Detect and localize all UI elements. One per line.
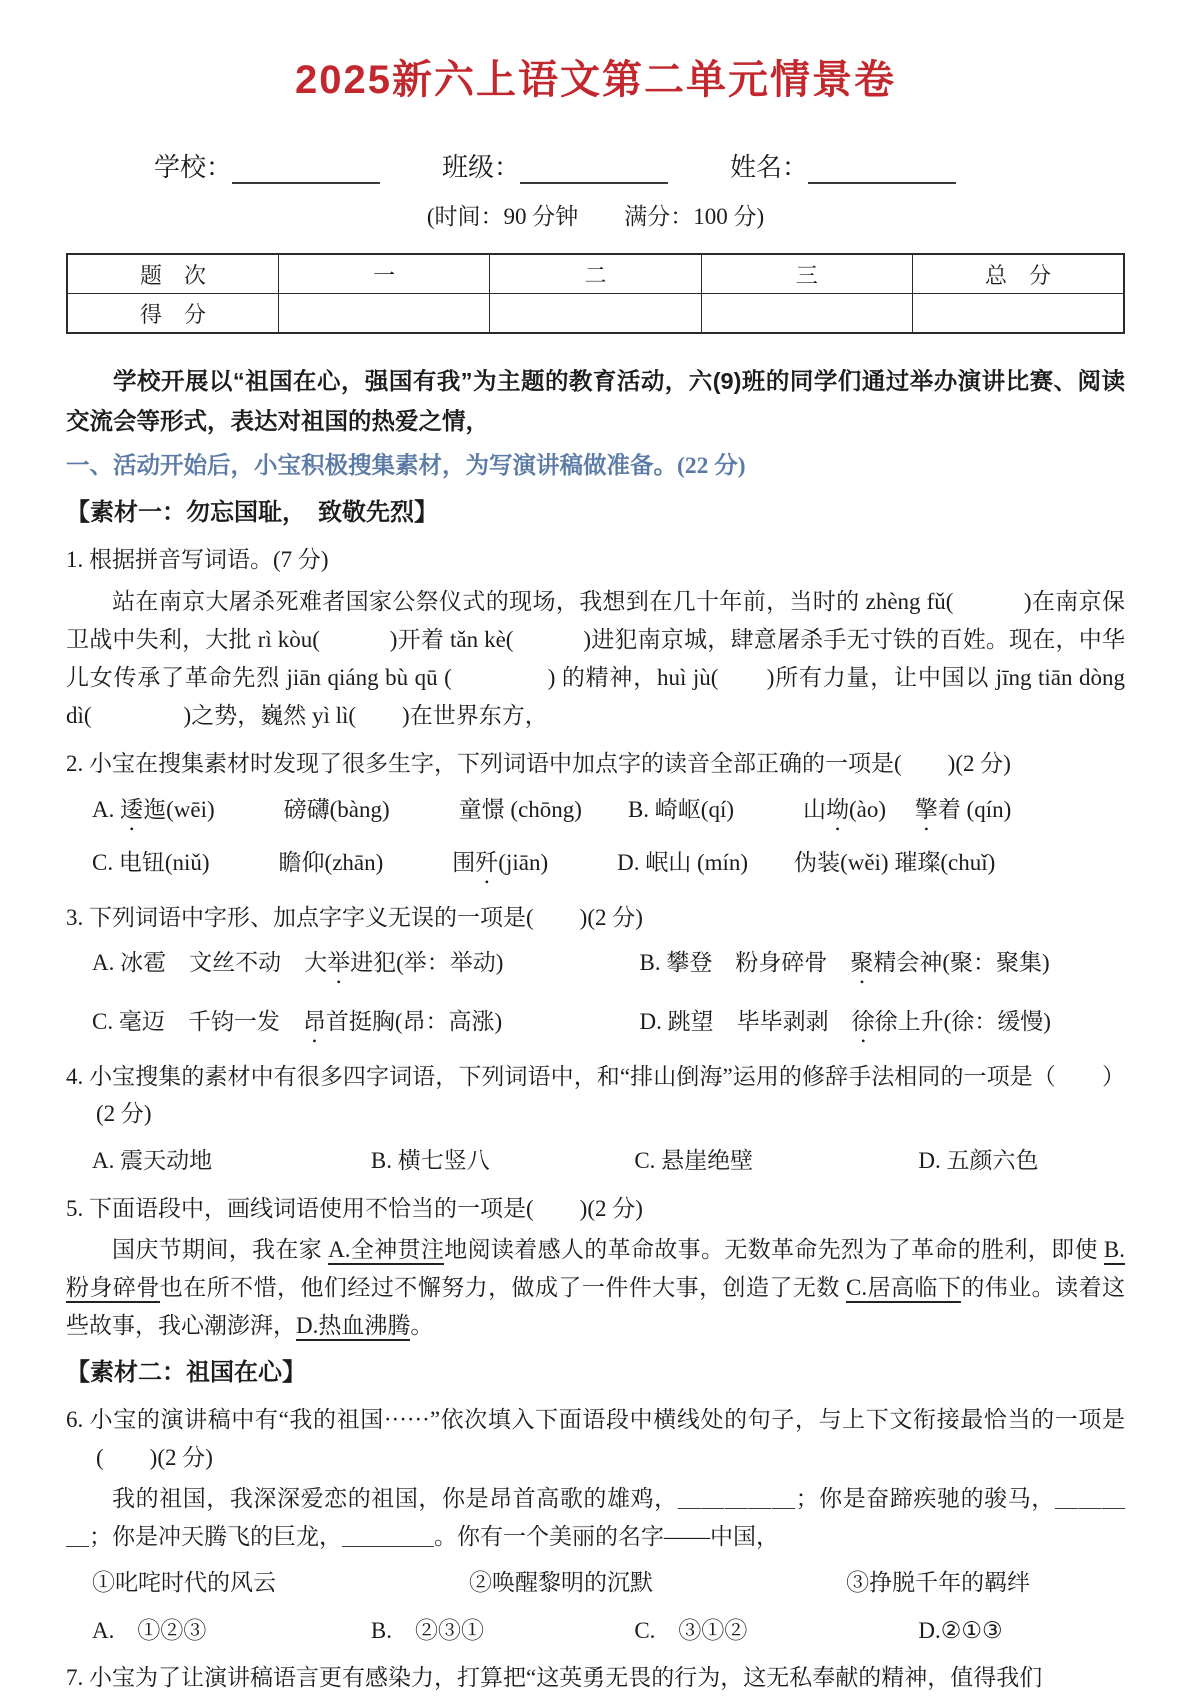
score-cell — [913, 294, 1124, 334]
material-two-heading: 【素材二：祖国在心】 — [66, 1355, 1125, 1391]
score-table: 题 次 一 二 三 总 分 得 分 — [66, 253, 1125, 334]
question-6-options: A. ①②③ B. ②③① C. ③①② D.②①③ — [66, 1612, 1125, 1649]
school-blank — [232, 152, 380, 184]
class-field: 班级： — [442, 147, 668, 184]
section-one-heading: 一、活动开始后，小宝积极搜集素材，为写演讲稿做准备。(22 分) — [66, 448, 1125, 486]
time-score-line: (时间：90 分钟 满分：100 分) — [66, 198, 1125, 231]
question-2: 2. 小宝在搜集素材时发现了很多生字，下列词语中加点字的读音全部正确的一项是( … — [66, 745, 1125, 888]
item-2: ②唤醒黎明的沉默 — [469, 1564, 846, 1601]
option-b: B. 攀登 粉身碎骨 聚精会神(聚：聚集) — [639, 944, 1125, 989]
question-2-options-line-1: A. 逶迤(wēi) 磅礴(bàng) 童憬 (chōng) B. 崎岖(qí)… — [66, 791, 1125, 836]
question-5-passage: 国庆节期间，我在家 A.全神贯注地阅读着感人的革命故事。无数革命先烈为了革命的胜… — [66, 1231, 1125, 1346]
score-header-cell: 题 次 — [67, 254, 278, 294]
score-table-header-row: 题 次 一 二 三 总 分 — [67, 254, 1124, 294]
option-d: D. 五颜六色 — [918, 1142, 1125, 1179]
school-field: 学校： — [154, 147, 380, 184]
item-1: ①叱咤时代的风云 — [92, 1564, 469, 1601]
name-field: 姓名： — [730, 147, 956, 184]
student-info-row: 学校： 班级： 姓名： — [154, 147, 1125, 184]
intro-paragraph: 学校开展以“祖国在心，强国有我”为主题的教育活动，六(9)班的同学们通过举办演讲… — [66, 362, 1125, 442]
question-4: 4. 小宝搜集的素材中有很多四字词语，下列词语中，和“排山倒海”运用的修辞手法相… — [66, 1058, 1125, 1180]
score-header-cell: 一 — [278, 254, 489, 294]
question-5: 5. 下面语段中，画线词语使用不恰当的一项是( )(2 分) 国庆节期间，我在家… — [66, 1190, 1125, 1346]
underlined-phrase: C.居高临下 — [846, 1275, 961, 1303]
question-4-stem: 4. 小宝搜集的素材中有很多四字词语，下列词语中，和“排山倒海”运用的修辞手法相… — [66, 1058, 1125, 1133]
question-6-passage: 我的祖国，我深深爱恋的祖国，你是昂首高歌的雄鸡，＿＿＿＿＿；你是奋蹄疾驰的骏马，… — [66, 1480, 1125, 1556]
option-c: C. 毫迈 千钧一发 昂首挺胸(昂：高涨) — [92, 1003, 639, 1048]
option-c: C. ③①② — [634, 1612, 918, 1649]
score-table-score-row: 得 分 — [67, 294, 1124, 334]
name-label: 姓名： — [730, 147, 808, 184]
question-2-stem: 2. 小宝在搜集素材时发现了很多生字，下列词语中加点字的读音全部正确的一项是( … — [66, 745, 1125, 782]
option-d: D. 跳望 毕毕剥剥 徐徐上升(徐：缓慢) — [639, 1003, 1125, 1048]
option-a: A. 震天动地 — [92, 1142, 371, 1179]
passage-text: 。 — [410, 1313, 433, 1338]
exam-paper: 2025新六上语文第二单元情景卷 学校： 班级： 姓名： (时间：90 分钟 满… — [0, 0, 1191, 1696]
question-3-options: A. 冰雹 文丝不动 大举进犯(举：举动) B. 攀登 粉身碎骨 聚精会神(聚：… — [66, 944, 1125, 1048]
item-3: ③挣脱千年的羁绊 — [846, 1564, 1125, 1601]
question-2-options-line-2: C. 电钮(niǔ) 瞻仰(zhān) 围歼(jiān) D. 岷山 (mín)… — [66, 844, 1125, 889]
question-3: 3. 下列词语中字形、加点字字义无误的一项是( )(2 分) A. 冰雹 文丝不… — [66, 899, 1125, 1048]
question-6-stem: 6. 小宝的演讲稿中有“我的祖国······”依次填入下面语段中横线处的句子，与… — [66, 1401, 1125, 1476]
passage-text: 也在所不惜，他们经过不懈努力，做成了一件件大事，创造了无数 — [160, 1275, 846, 1300]
underlined-phrase: A.全神贯注 — [328, 1237, 444, 1265]
page-title: 2025新六上语文第二单元情景卷 — [66, 48, 1125, 105]
option-b: B. 横七竖八 — [371, 1142, 634, 1179]
underlined-phrase: D.热血沸腾 — [296, 1313, 410, 1341]
question-5-stem: 5. 下面语段中，画线词语使用不恰当的一项是( )(2 分) — [66, 1190, 1125, 1227]
question-1: 1. 根据拼音写词语。(7 分) 站在南京大屠杀死难者国家公祭仪式的现场，我想到… — [66, 541, 1125, 735]
option-d: D.②①③ — [918, 1612, 1125, 1649]
score-header-cell: 总 分 — [913, 254, 1124, 294]
passage-text: 地阅读着感人的革命故事。无数革命先烈为了革命的胜利，即使 — [444, 1237, 1104, 1262]
material-one-heading: 【素材一：勿忘国耻， 致敬先烈】 — [66, 495, 1125, 531]
score-cell — [701, 294, 912, 334]
score-cell — [278, 294, 489, 334]
class-blank — [520, 152, 668, 184]
question-3-stem: 3. 下列词语中字形、加点字字义无误的一项是( )(2 分) — [66, 899, 1125, 936]
question-1-stem: 1. 根据拼音写词语。(7 分) — [66, 541, 1125, 578]
name-blank — [808, 152, 956, 184]
option-b: B. ②③① — [371, 1612, 634, 1649]
question-4-options: A. 震天动地 B. 横七竖八 C. 悬崖绝壁 D. 五颜六色 — [66, 1142, 1125, 1179]
passage-text: 国庆节期间，我在家 — [112, 1237, 328, 1262]
question-6: 6. 小宝的演讲稿中有“我的祖国······”依次填入下面语段中横线处的句子，与… — [66, 1401, 1125, 1648]
score-header-cell: 二 — [490, 254, 701, 294]
option-a: A. ①②③ — [92, 1612, 371, 1649]
score-row-label: 得 分 — [67, 294, 278, 334]
score-cell — [490, 294, 701, 334]
option-a: A. 冰雹 文丝不动 大举进犯(举：举动) — [92, 944, 639, 989]
question-1-passage: 站在南京大屠杀死难者国家公祭仪式的现场，我想到在几十年前，当时的 zhèng f… — [66, 583, 1125, 736]
school-label: 学校： — [154, 147, 232, 184]
option-c: C. 悬崖绝壁 — [634, 1142, 918, 1179]
question-6-items: ①叱咤时代的风云 ②唤醒黎明的沉默 ③挣脱千年的羁绊 — [66, 1564, 1125, 1601]
question-7: 7. 小宝为了让演讲稿语言更有感染力，打算把“这英勇无畏的行为，这无私奉献的精神… — [66, 1659, 1125, 1696]
question-7-stem: 7. 小宝为了让演讲稿语言更有感染力，打算把“这英勇无畏的行为，这无私奉献的精神… — [66, 1659, 1125, 1696]
class-label: 班级： — [442, 147, 520, 184]
score-header-cell: 三 — [701, 254, 912, 294]
